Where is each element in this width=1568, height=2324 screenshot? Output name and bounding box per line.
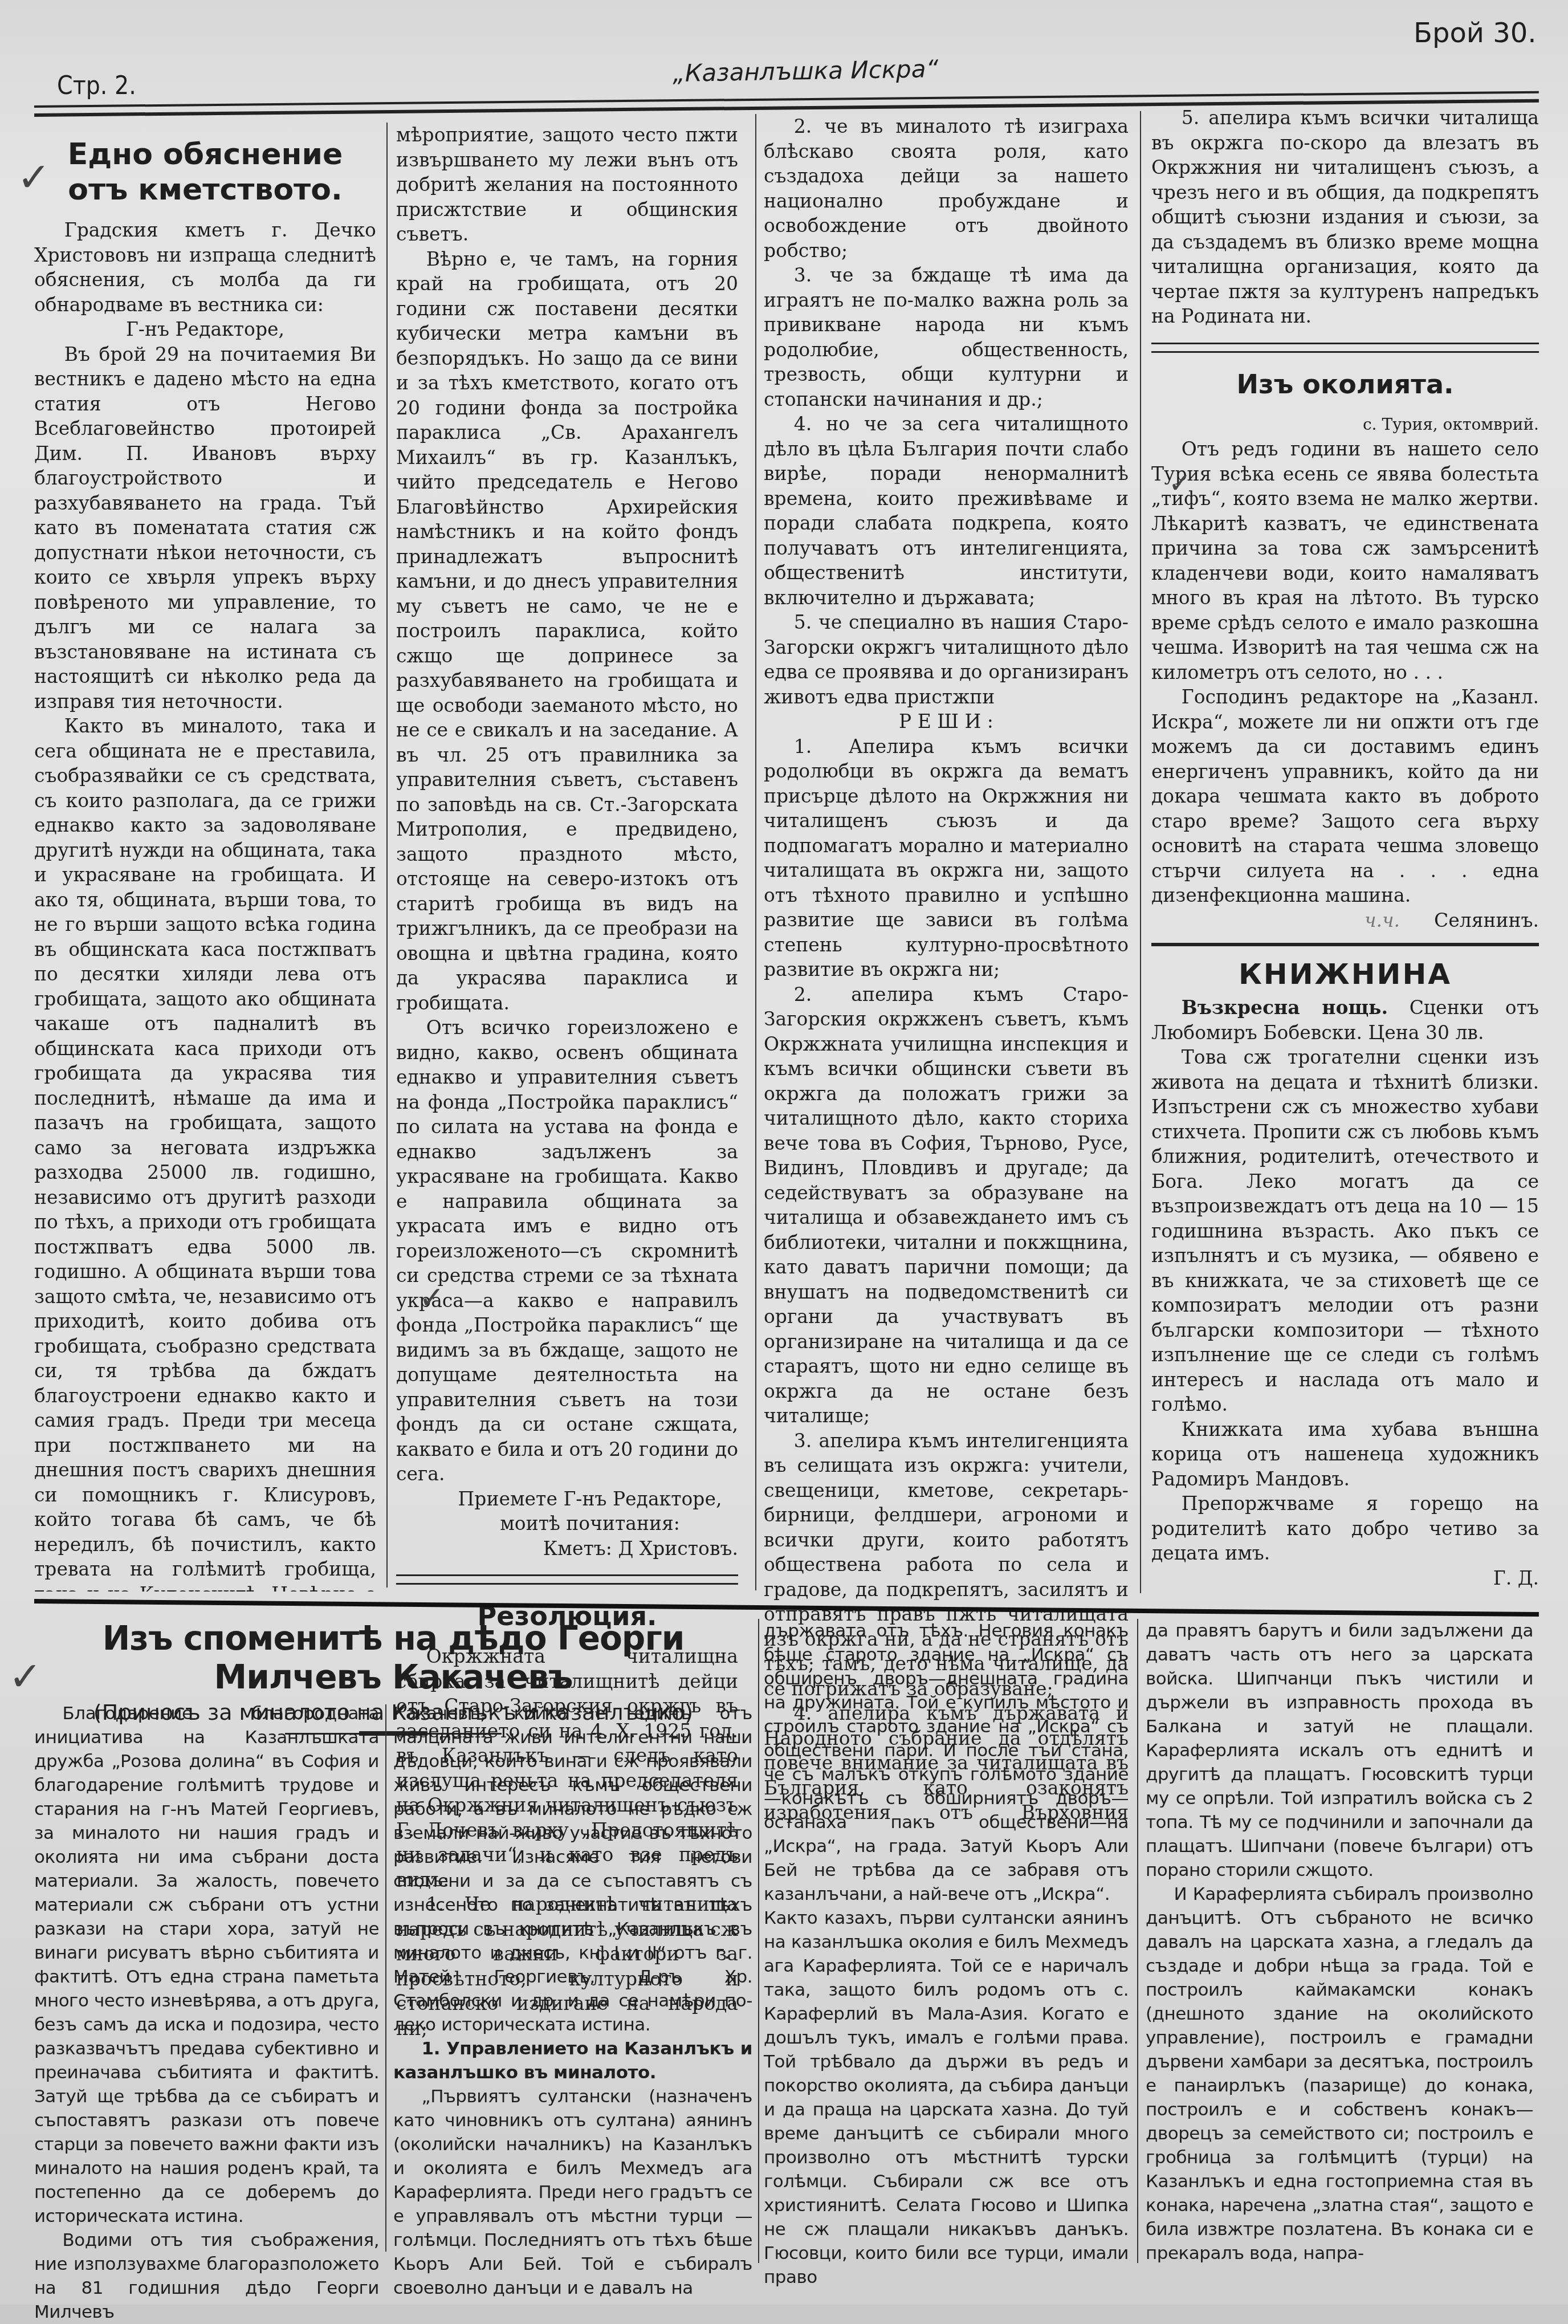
column-divider — [758, 1619, 759, 2263]
memoirs-col2: Какачевъ, който е единъ отъ малцината жи… — [393, 1702, 752, 2300]
memoirs-paragraph: И Караферлията събиралъ произволно данъц… — [1146, 1882, 1533, 2265]
checkmark-icon: ✓ — [419, 1280, 445, 1316]
book-entry: Възкресна нощь. Сценки отъ Любомиръ Бобе… — [1151, 995, 1539, 1045]
page-number: Стр. 2. — [57, 71, 136, 100]
article-mayor-intro: Градския кметъ г. Дечко Христововъ ни из… — [34, 218, 376, 317]
column-divider — [1140, 111, 1141, 1593]
memoirs-paragraph: Водими отъ тия съображения, ние използув… — [34, 2228, 379, 2305]
memoirs-col4: да правятъ барутъ и били задължени да да… — [1146, 1619, 1533, 2265]
article-books-signature: Г. Д. — [1151, 1566, 1539, 1591]
signature-text: Селянинъ. — [1434, 909, 1539, 931]
memoirs-paragraph: да правятъ барутъ и били задължени да да… — [1146, 1619, 1533, 1882]
article-mayor-paragraph: Както въ миналото, така и сега общината … — [34, 714, 376, 1592]
article-books-paragraph: Книжката има хубава външна корица отъ на… — [1151, 1417, 1539, 1492]
section-divider — [396, 1574, 738, 1585]
memoirs-col3: държавата отъ тѣхъ. Неговия конакъ бѣше … — [764, 1619, 1129, 2289]
article-mayor-paragraph: Вѣрно е, че тамъ, на горния край на гроб… — [396, 247, 738, 1016]
resolution-decision: 1. Апелира къмъ всички родолюбци въ окрж… — [764, 734, 1129, 982]
memoirs-col1: Благодарение благородната инициатива на … — [34, 1702, 379, 2305]
issue-number: Брой 30. — [1414, 17, 1537, 49]
section-heading-text: 1. Управлението на Казанлъкъ и казанлъшк… — [393, 2038, 752, 2083]
article-books-paragraph: Това сж трогателни сценки изъ живота на … — [1151, 1045, 1539, 1417]
article-mayor-salutation: Г-нъ Редакторе, — [34, 317, 376, 342]
column-divider — [385, 1704, 386, 2252]
article-mayor-signature: Кметъ: Д Христовъ. — [396, 1536, 738, 1561]
article-district-signature: ч.ч.Селянинъ. — [1151, 908, 1539, 933]
article-district-paragraph: Отъ редъ години въ нашето село Турия всѣ… — [1151, 437, 1539, 685]
resolution-consideration: 3. че за бждаще тѣ има да играятъ не по-… — [764, 263, 1129, 412]
article-district-title: Изъ околията. — [1151, 367, 1539, 402]
article-district-paragraph: Господинъ редакторе на „Казанл. Искра“, … — [1151, 685, 1539, 908]
article-memoirs-title: Изъ споменитѣ на дѣдо Георги Милчевъ Как… — [34, 1619, 752, 1696]
newspaper-page: Стр. 2. „Казанлъшка Искра“ Брой 30. ✓ Ед… — [0, 0, 1568, 2305]
resolution-decided-label: Р Е Ш И : — [764, 709, 1129, 734]
newspaper-title: „Казанлъшка Искра“ — [673, 55, 939, 87]
article-books-paragraph: Препоржчваме я горещо на родителитѣ като… — [1151, 1491, 1539, 1566]
memoirs-paragraph: Какачевъ, който е единъ отъ малцината жи… — [393, 1702, 752, 2037]
column-divider — [386, 123, 388, 1588]
resolution-decision: 5. апелира къмъ всички читалища въ окржг… — [1151, 105, 1539, 329]
column-divider — [755, 114, 756, 1590]
article-mayor-title: Едно обяснение отъ кметството. — [34, 137, 376, 207]
section-divider — [1151, 943, 1539, 946]
memoirs-paragraph: държавата отъ тѣхъ. Неговия конакъ бѣше … — [764, 1619, 1129, 1906]
memoirs-paragraph: Както казахъ, първи султански аянинъ на … — [764, 1906, 1129, 2289]
column-four: 5. апелира къмъ всички читалища въ окржг… — [1151, 105, 1539, 1590]
memoirs-paragraph: Благодарение благородната инициатива на … — [34, 1702, 379, 2228]
memoirs-section-heading: 1. Управлението на Казанлъкъ и казанлъшк… — [393, 2037, 752, 2085]
resolution-decision: 2. апелира къмъ Старо-Загорския окржженъ… — [764, 982, 1129, 1428]
article-resolution-col: 2. че въ миналото тѣ изиграха блѣскаво с… — [764, 114, 1129, 1826]
resolution-consideration: 2. че въ миналото тѣ изиграха блѣскаво с… — [764, 114, 1129, 263]
article-mayor-paragraph: Въ брой 29 на почитаемия Ви вестникъ е д… — [34, 342, 376, 714]
page-header: Стр. 2. „Казанлъшка Искра“ Брой 30. — [0, 0, 1568, 114]
column-divider — [1137, 1619, 1138, 2263]
article-district-dateline: с. Турия, октомврий. — [1151, 412, 1539, 437]
resolution-consideration: 5. че специално въ нашия Старо-Загорски … — [764, 610, 1129, 709]
article-books-title: КНИЖНИНА — [1151, 957, 1539, 992]
article-mayor-col1: Едно обяснение отъ кметството. Градския … — [34, 131, 376, 1592]
article-mayor-closing: Приемете Г-нъ Редакторе, моитѣ почитания… — [396, 1487, 738, 1536]
section-divider — [1151, 343, 1539, 353]
resolution-consideration: 4. но че за сега читалищното дѣло въ цѣл… — [764, 412, 1129, 610]
article-mayor-paragraph: мѣроприятие, защото често пжти извършван… — [396, 123, 738, 247]
book-title: Възкресна нощь. — [1182, 996, 1388, 1019]
checkmark-icon: ✓ — [1168, 467, 1191, 499]
memoirs-paragraph: „Първиятъ султански (назначенъ като чино… — [393, 2085, 752, 2300]
handwritten-initials: ч.ч. — [1365, 909, 1400, 931]
article-mayor-paragraph: Отъ всичко гореизложено е видно, какво, … — [396, 1015, 738, 1487]
